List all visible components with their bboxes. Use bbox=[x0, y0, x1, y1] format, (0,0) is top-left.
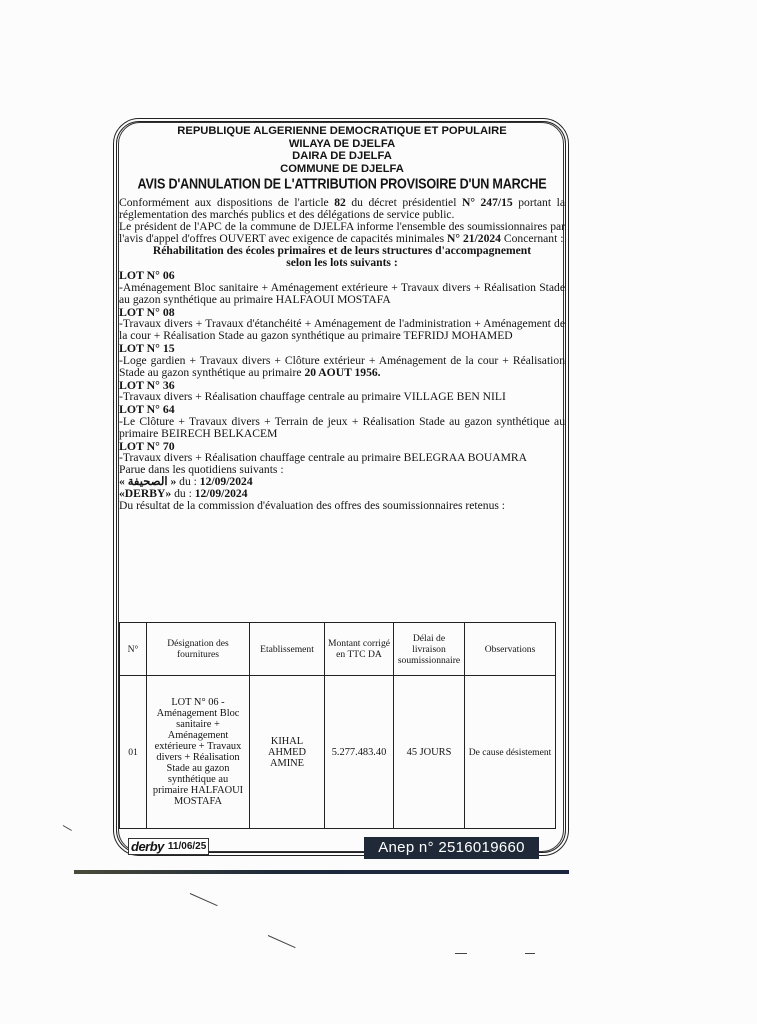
header-republic: REPUBLIQUE ALGERIENNE DEMOCRATIQUE ET PO… bbox=[119, 125, 565, 138]
lot-description: -Travaux divers + Réalisation chauffage … bbox=[119, 391, 565, 403]
cell-designation: LOT N° 06 -Aménagement Bloc sanitaire + … bbox=[147, 676, 250, 829]
text: -Le Clôture + Travaux divers + Terrain d… bbox=[119, 415, 565, 440]
col-observations: Observations bbox=[465, 623, 556, 676]
page-rule bbox=[74, 870, 569, 874]
anep-badge: Anep n° 2516019660 bbox=[364, 837, 539, 859]
scan-speck bbox=[268, 935, 296, 948]
stamp-date: 11/06/25 bbox=[168, 841, 206, 852]
results-table: N° Désignation des fournitures Etablisse… bbox=[119, 622, 556, 829]
header-commune: COMMUNE DE DJELFA bbox=[119, 163, 565, 176]
decree-number: N° 247/15 bbox=[462, 196, 513, 209]
cell-delai: 45 JOURS bbox=[394, 676, 465, 829]
scan-speck bbox=[190, 893, 218, 906]
table-header-row: N° Désignation des fournitures Etablisse… bbox=[120, 623, 556, 676]
lot-description: -Travaux divers + Travaux d'étanchéité +… bbox=[119, 318, 565, 342]
result-intro: Du résultat de la commission d'évaluatio… bbox=[119, 500, 565, 512]
scan-speck bbox=[63, 825, 72, 831]
lots-list: LOT N° 06-Aménagement Bloc sanitaire + A… bbox=[119, 269, 565, 464]
text: -Travaux divers + Réalisation chauffage … bbox=[119, 390, 506, 403]
notice-title: AVIS D'ANNULATION DE L'ATTRIBUTION PROVI… bbox=[119, 176, 565, 192]
text: -Aménagement Bloc sanitaire + Aménagemen… bbox=[119, 281, 565, 306]
intro-paragraph-1: Conformément aux dispositions de l'artic… bbox=[119, 197, 565, 221]
col-etablissement: Etablissement bbox=[250, 623, 325, 676]
derby-logo: derby bbox=[131, 839, 164, 854]
notice-content: REPUBLIQUE ALGERIENNE DEMOCRATIQUE ET PO… bbox=[119, 125, 565, 512]
intro-paragraph-2: Le président de l'APC de la commune de D… bbox=[119, 221, 565, 245]
cell-observations: De cause désistement bbox=[465, 676, 556, 829]
col-designation: Désignation des fournitures bbox=[147, 623, 250, 676]
header-daira: DAIRA DE DJELFA bbox=[119, 150, 565, 163]
header-wilaya: WILAYA DE DJELFA bbox=[119, 138, 565, 151]
lot-description: -Loge gardien + Travaux divers + Clôture… bbox=[119, 355, 565, 379]
col-number: N° bbox=[120, 623, 147, 676]
scan-speck bbox=[455, 953, 467, 954]
lot-description: -Aménagement Bloc sanitaire + Aménagemen… bbox=[119, 282, 565, 306]
lot-description: -Le Clôture + Travaux divers + Terrain d… bbox=[119, 416, 565, 440]
scan-speck bbox=[525, 953, 535, 954]
cell-number: 01 bbox=[120, 676, 147, 829]
subject-line-2: selon les lots suivants : bbox=[119, 257, 565, 269]
col-delai: Délai de livraison soumissionnaire bbox=[394, 623, 465, 676]
table-row: 01 LOT N° 06 -Aménagement Bloc sanitaire… bbox=[120, 676, 556, 829]
text: -Travaux divers + Travaux d'étanchéité +… bbox=[119, 317, 565, 342]
cell-etablissement: KIHAL AHMED AMINE bbox=[250, 676, 325, 829]
newspaper-stamp: derby 11/06/25 bbox=[128, 838, 209, 855]
col-montant: Montant corrigé en TTC DA bbox=[325, 623, 394, 676]
school-name: 20 AOUT 1956. bbox=[304, 366, 380, 379]
cell-montant: 5.277.483.40 bbox=[325, 676, 394, 829]
